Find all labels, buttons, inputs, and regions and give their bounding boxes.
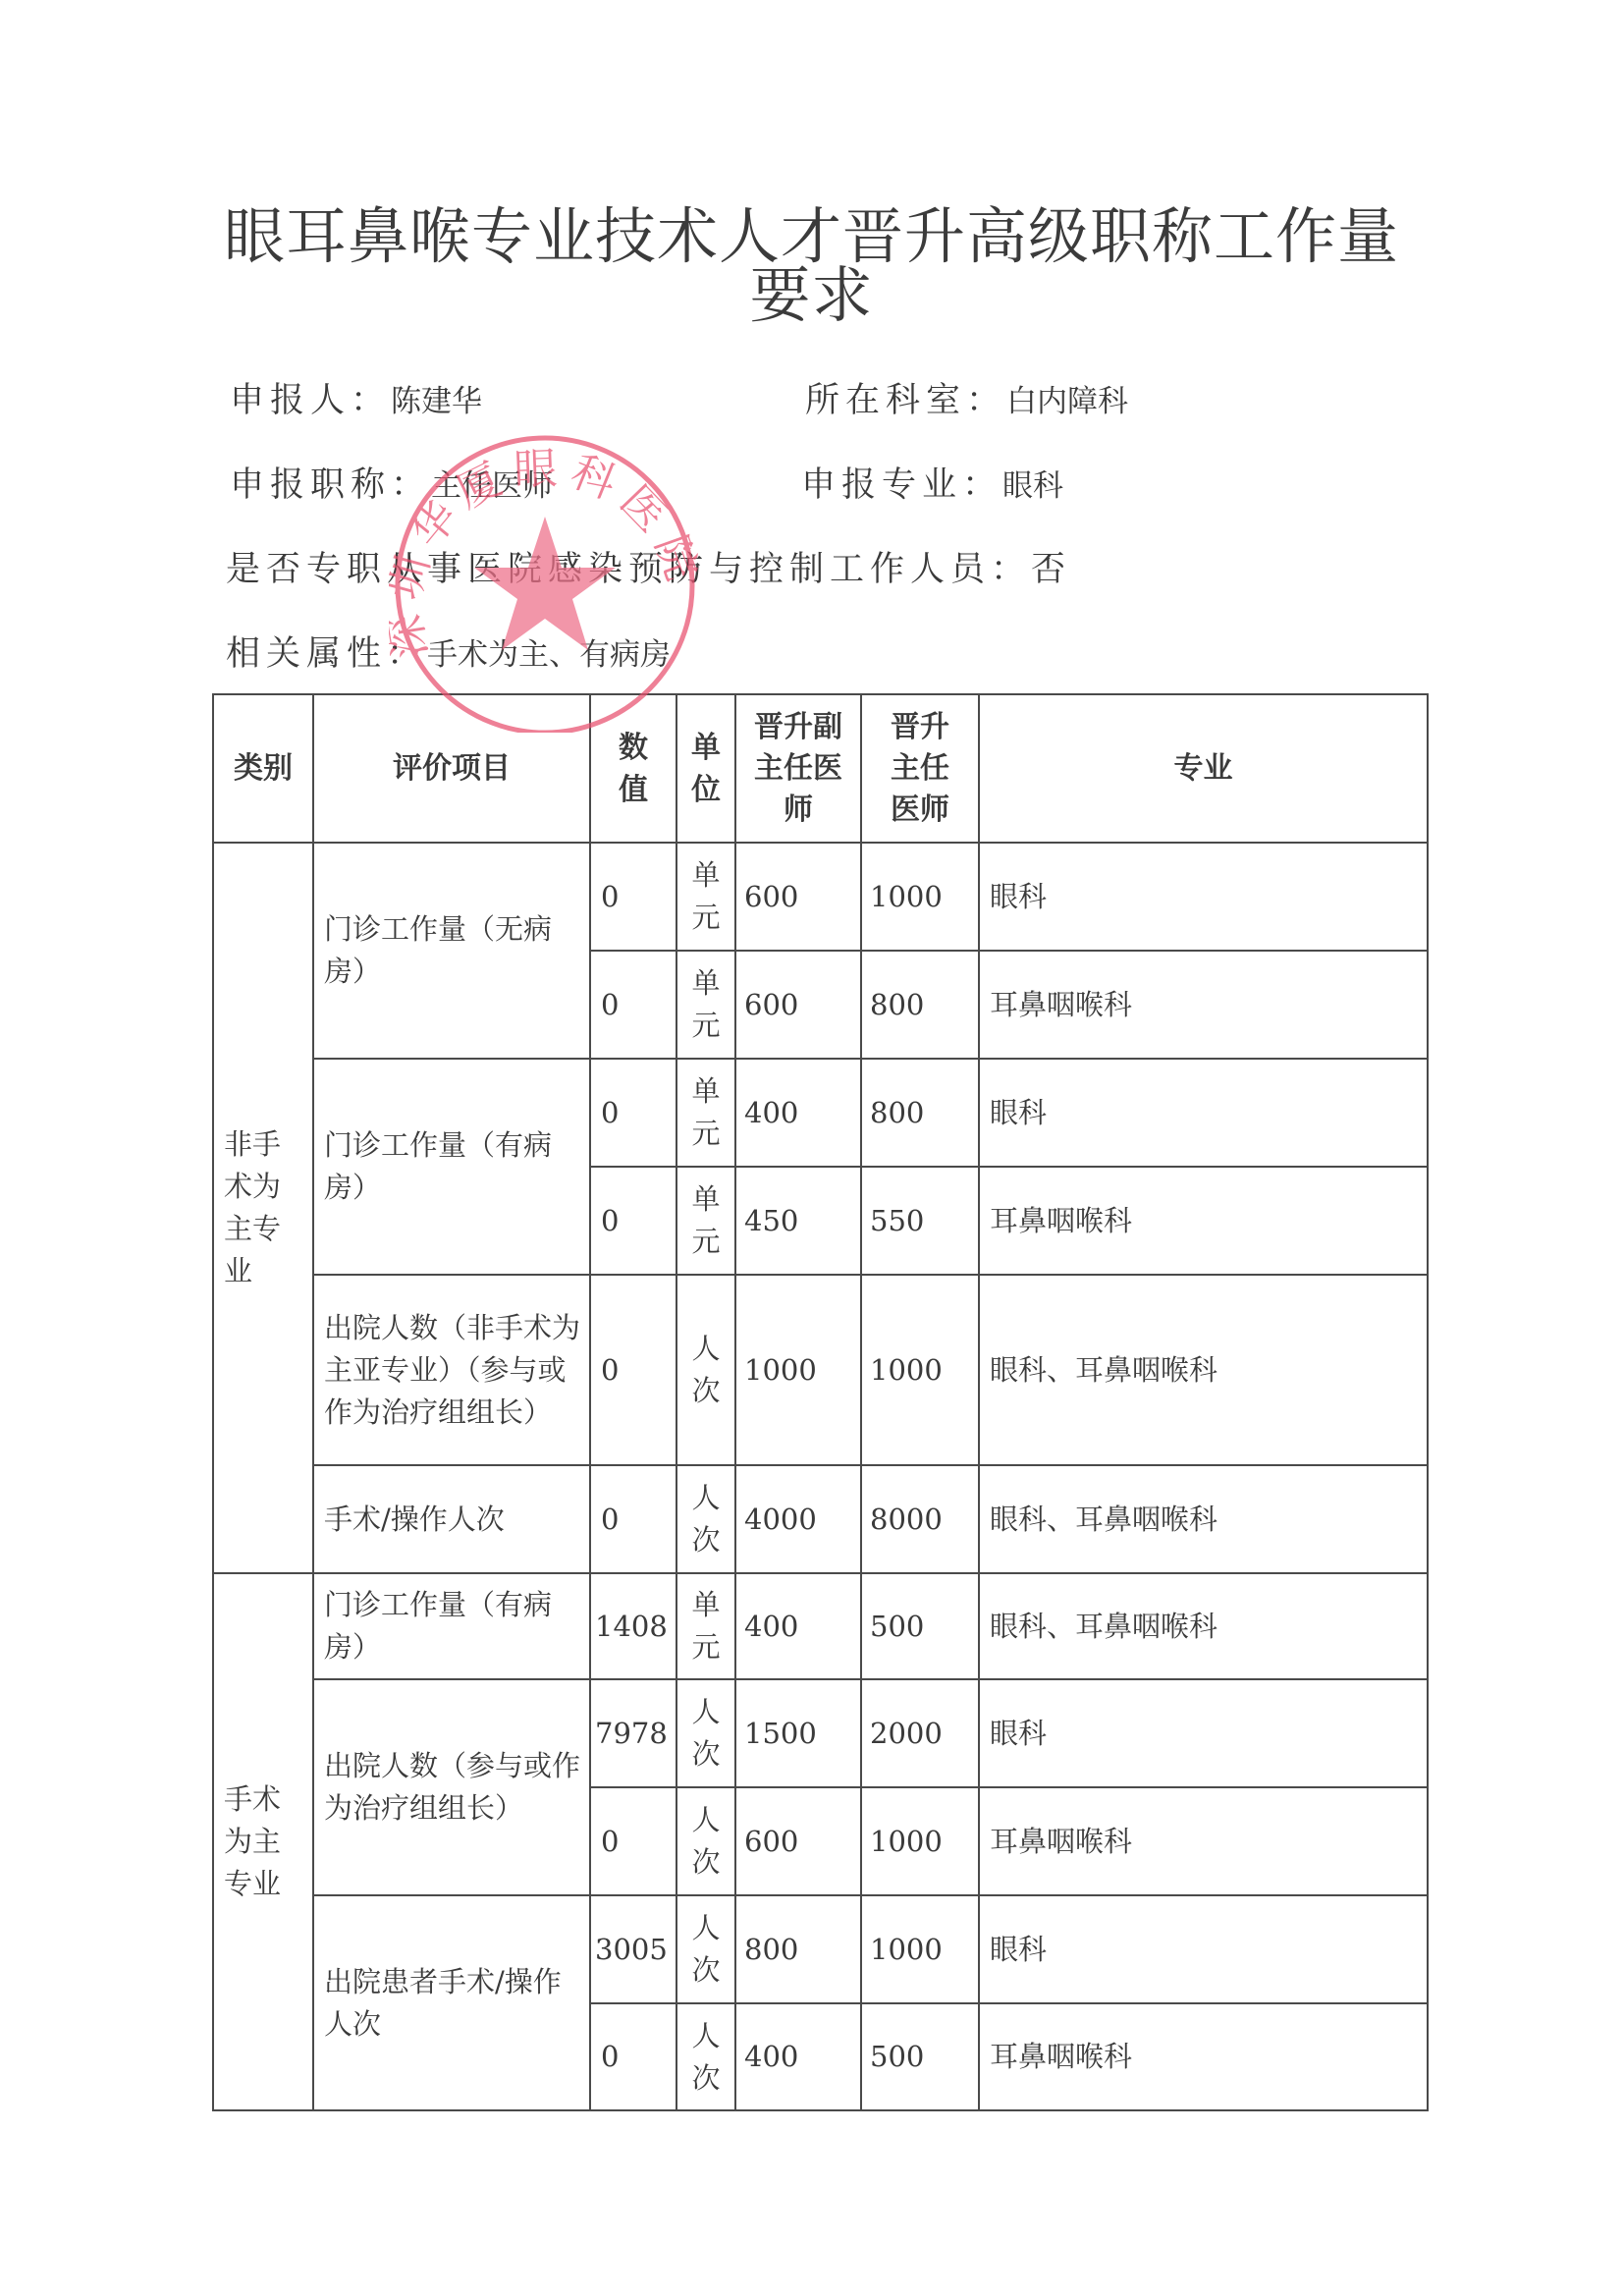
chief-cell: 2000 — [861, 1679, 979, 1787]
value-cell: 3005 — [590, 1895, 676, 2003]
specialty-cell: 眼科 — [979, 1059, 1428, 1167]
infection-control-field: 是否专职从事医院感染预防与控制工作人员：否 — [226, 542, 1071, 591]
unit-cell: 人次 — [676, 1895, 735, 2003]
deputy-cell: 600 — [735, 843, 861, 951]
attributes-field: 相关属性：手术为主、有病房 — [226, 627, 671, 676]
chief-cell: 500 — [861, 2003, 979, 2110]
table-row: 门诊工作量（有病房） 0 单元 400 800 眼科 — [213, 1059, 1428, 1167]
chief-cell: 8000 — [861, 1465, 979, 1573]
item-cell: 门诊工作量（无病房） — [313, 843, 590, 1059]
specialty-cell: 眼科、耳鼻咽喉科 — [979, 1275, 1428, 1465]
table-row: 出院患者手术/操作人次 3005 人次 800 1000 眼科 — [213, 1895, 1428, 2003]
deputy-cell: 400 — [735, 1573, 861, 1679]
unit-cell: 人次 — [676, 1679, 735, 1787]
table-row: 出院人数（非手术为主亚专业）（参与或作为治疗组组长） 0 人次 1000 100… — [213, 1275, 1428, 1465]
document-title-line2: 要求 — [0, 267, 1623, 324]
department-label: 所在科室： — [805, 381, 1006, 420]
specialty-cell: 眼科、耳鼻咽喉科 — [979, 1573, 1428, 1679]
workload-table: 类别 评价项目 数值 单位 晋升副主任医师 晋升主任医师 专业 非手术为主专业 … — [212, 693, 1429, 2111]
header-item: 评价项目 — [313, 694, 590, 843]
chief-cell: 1000 — [861, 843, 979, 951]
header-unit: 单位 — [676, 694, 735, 843]
category-cell: 手术为主专业 — [213, 1573, 313, 2110]
table-row: 出院人数（参与或作为治疗组组长） 7978 人次 1500 2000 眼科 — [213, 1679, 1428, 1787]
department-field: 所在科室：白内障科 — [805, 373, 1128, 422]
value-cell: 0 — [590, 951, 676, 1059]
chief-cell: 800 — [861, 1059, 979, 1167]
unit-cell: 人次 — [676, 1465, 735, 1573]
applied-specialty-label: 申报专业： — [801, 465, 1002, 505]
item-cell: 门诊工作量（有病房） — [313, 1059, 590, 1275]
unit-cell: 单元 — [676, 1059, 735, 1167]
specialty-cell: 眼科 — [979, 1679, 1428, 1787]
value-cell: 0 — [590, 1787, 676, 1895]
chief-cell: 1000 — [861, 1275, 979, 1465]
infection-control-value: 否 — [1031, 550, 1071, 589]
applied-specialty-field: 申报专业：眼科 — [801, 458, 1063, 507]
value-cell: 0 — [590, 1465, 676, 1573]
unit-cell: 单元 — [676, 1167, 735, 1275]
chief-cell: 500 — [861, 1573, 979, 1679]
header-deputy-chief: 晋升副主任医师 — [735, 694, 861, 843]
applied-title-value: 主任医师 — [431, 468, 553, 504]
value-cell: 0 — [590, 1059, 676, 1167]
department-value: 白内障科 — [1006, 384, 1128, 419]
specialty-cell: 眼科 — [979, 843, 1428, 951]
deputy-cell: 800 — [735, 1895, 861, 2003]
deputy-cell: 1000 — [735, 1275, 861, 1465]
unit-cell: 单元 — [676, 1573, 735, 1679]
applied-title-field: 申报职称：主任医师 — [230, 458, 553, 507]
specialty-cell: 耳鼻咽喉科 — [979, 1787, 1428, 1895]
deputy-cell: 4000 — [735, 1465, 861, 1573]
deputy-cell: 400 — [735, 1059, 861, 1167]
chief-cell: 1000 — [861, 1787, 979, 1895]
value-cell: 0 — [590, 1167, 676, 1275]
deputy-cell: 600 — [735, 1787, 861, 1895]
infection-control-label: 是否专职从事医院感染预防与控制工作人员： — [226, 550, 1031, 589]
chief-cell: 550 — [861, 1167, 979, 1275]
item-cell: 出院人数（非手术为主亚专业）（参与或作为治疗组组长） — [313, 1275, 590, 1465]
chief-cell: 1000 — [861, 1895, 979, 2003]
applicant-name-field: 申报人：陈建华 — [230, 373, 482, 422]
value-cell: 0 — [590, 2003, 676, 2110]
applied-title-label: 申报职称： — [230, 465, 431, 505]
specialty-cell: 眼科、耳鼻咽喉科 — [979, 1465, 1428, 1573]
item-cell: 手术/操作人次 — [313, 1465, 590, 1573]
header-chief: 晋升主任医师 — [861, 694, 979, 843]
deputy-cell: 600 — [735, 951, 861, 1059]
header-value: 数值 — [590, 694, 676, 843]
unit-cell: 人次 — [676, 1787, 735, 1895]
value-cell: 0 — [590, 1275, 676, 1465]
item-cell: 出院人数（参与或作为治疗组组长） — [313, 1679, 590, 1895]
unit-cell: 人次 — [676, 2003, 735, 2110]
specialty-cell: 眼科 — [979, 1895, 1428, 2003]
specialty-cell: 耳鼻咽喉科 — [979, 1167, 1428, 1275]
deputy-cell: 450 — [735, 1167, 861, 1275]
category-cell: 非手术为主专业 — [213, 843, 313, 1573]
unit-cell: 人次 — [676, 1275, 735, 1465]
document-title: 眼耳鼻喉专业技术人才晋升高级职称工作量 — [0, 208, 1623, 265]
table-header-row: 类别 评价项目 数值 单位 晋升副主任医师 晋升主任医师 专业 — [213, 694, 1428, 843]
specialty-cell: 耳鼻咽喉科 — [979, 951, 1428, 1059]
value-cell: 1408 — [590, 1573, 676, 1679]
unit-cell: 单元 — [676, 951, 735, 1059]
applicant-name-label: 申报人： — [230, 381, 391, 420]
table-row: 非手术为主专业 门诊工作量（无病房） 0 单元 600 1000 眼科 — [213, 843, 1428, 951]
table-row: 手术/操作人次 0 人次 4000 8000 眼科、耳鼻咽喉科 — [213, 1465, 1428, 1573]
attributes-value: 手术为主、有病房 — [427, 637, 671, 673]
header-category: 类别 — [213, 694, 313, 843]
header-specialty: 专业 — [979, 694, 1428, 843]
item-cell: 门诊工作量（有病房） — [313, 1573, 590, 1679]
applicant-name-value: 陈建华 — [391, 384, 482, 419]
deputy-cell: 400 — [735, 2003, 861, 2110]
table-row: 手术为主专业 门诊工作量（有病房） 1408 单元 400 500 眼科、耳鼻咽… — [213, 1573, 1428, 1679]
chief-cell: 800 — [861, 951, 979, 1059]
specialty-cell: 耳鼻咽喉科 — [979, 2003, 1428, 2110]
deputy-cell: 1500 — [735, 1679, 861, 1787]
applied-specialty-value: 眼科 — [1002, 468, 1063, 504]
attributes-label: 相关属性： — [226, 634, 427, 674]
item-cell: 出院患者手术/操作人次 — [313, 1895, 590, 2110]
value-cell: 7978 — [590, 1679, 676, 1787]
value-cell: 0 — [590, 843, 676, 951]
unit-cell: 单元 — [676, 843, 735, 951]
